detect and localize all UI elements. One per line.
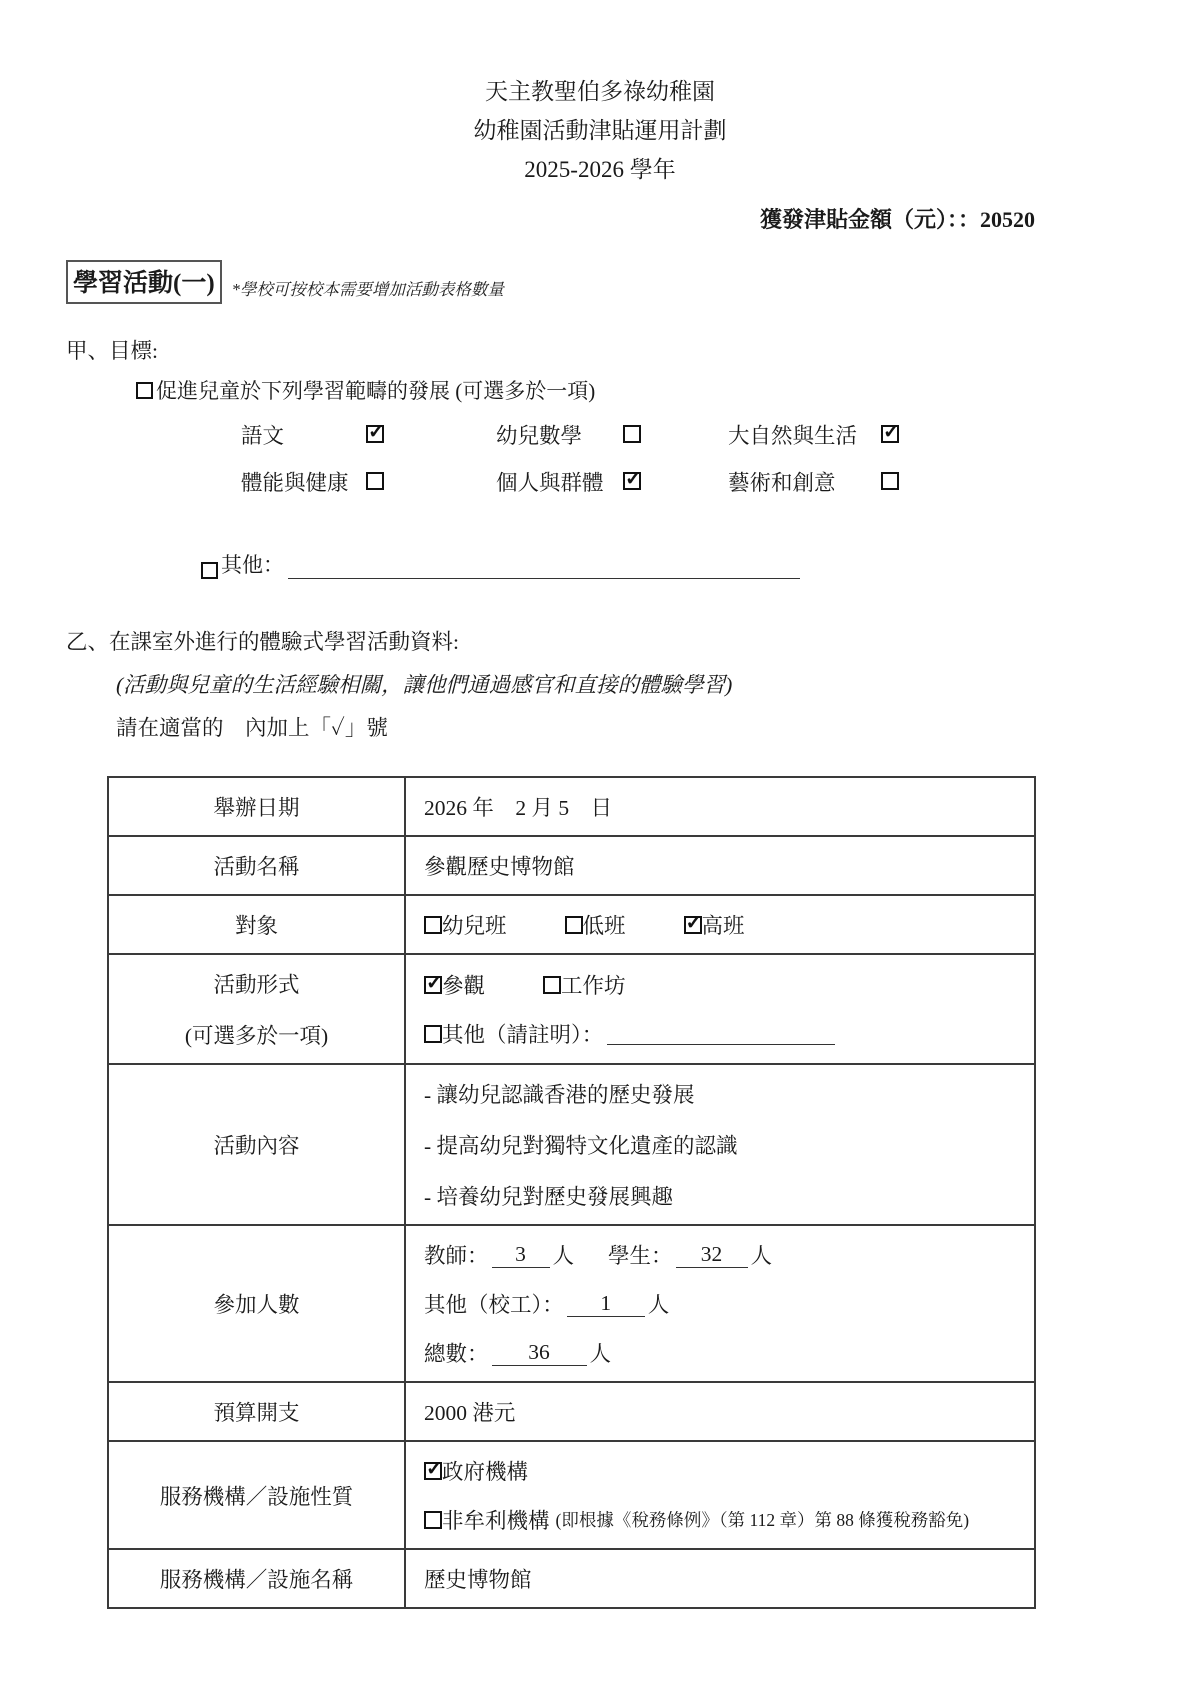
subsidy-line: 獲發津貼金額（元）：：20520 xyxy=(0,203,1035,234)
other-objective-label: 其他： xyxy=(221,549,284,579)
target-checkbox-nursery[interactable] xyxy=(424,916,442,934)
other-objective-option: 其他： xyxy=(201,549,1200,579)
main-objective-label: 促進兒童於下列學習範疇的發展 (可選多於一項) xyxy=(156,375,595,405)
org-nature-label: 服務機構／設施性質 xyxy=(108,1441,405,1549)
target-label: 對象 xyxy=(108,895,405,954)
form-page: 天主教聖伯多祿幼稚園 幼稚園活動津貼運用計劃 2025-2026 學年 獲發津貼… xyxy=(0,0,1200,1697)
table-row-content: 活動內容 - 讓幼兒認識香港的歷史發展 - 提高幼兒對獨特文化遺產的認識 - 培… xyxy=(108,1064,1035,1225)
activity-note: *學校可按校本需要增加活動表格數量 xyxy=(232,276,504,304)
section-a: 甲、目標: 促進兒童於下列學習範疇的發展 (可選多於一項) 語文 幼兒數學 大自… xyxy=(66,334,1200,579)
domain-checkbox-language[interactable] xyxy=(366,425,384,443)
content-label: 活動內容 xyxy=(108,1064,405,1225)
table-row-date: 舉辦日期 2026 年 2 月 5 日 xyxy=(108,777,1035,836)
org-nature-option-nonprofit: 非牟利機構 xyxy=(424,1504,550,1535)
other-staff-count-input[interactable]: 1 xyxy=(567,1291,645,1317)
table-row-target: 對象 幼兒班 低班 高班 xyxy=(108,895,1035,954)
activity-heading: 學習活動(一) *學校可按校本需要增加活動表格數量 xyxy=(66,260,1200,304)
table-row-name: 活動名稱 參觀歷史博物館 xyxy=(108,836,1035,895)
org-nature-checkbox-nonprofit[interactable] xyxy=(424,1511,442,1529)
domain-label-art: 藝術和創意 xyxy=(728,466,881,497)
format-label: 活動形式 xyxy=(213,973,299,997)
learning-domain-grid: 語文 幼兒數學 大自然與生活 體能與健康 個人與群體 藝術和創意 xyxy=(241,419,1200,497)
budget-value[interactable]: 2000 港元 xyxy=(405,1382,1035,1441)
table-row-org-name: 服務機構／設施名稱 歷史博物館 xyxy=(108,1549,1035,1608)
org-name-value[interactable]: 歷史博物館 xyxy=(405,1549,1035,1608)
table-row-participants: 參加人數 教師： 3 人 學生： 32 人 其他（校工）： 1 人 總數： xyxy=(108,1225,1035,1382)
format-checkbox-workshop[interactable] xyxy=(543,976,561,994)
section-b-note: (活動與兒童的生活經驗相關，讓他們通過感官和直接的體驗學習) xyxy=(116,668,1200,699)
activity-table: 舉辦日期 2026 年 2 月 5 日 活動名稱 參觀歷史博物館 對象 幼兒班 … xyxy=(107,776,1036,1609)
content-item: - 提高幼兒對獨特文化遺產的認識 xyxy=(424,1129,1020,1160)
section-b: 乙、在課室外進行的體驗式學習活動資料: (活動與兒童的生活經驗相關，讓他們通過感… xyxy=(66,625,1200,742)
target-checkbox-upper[interactable] xyxy=(684,916,702,934)
domain-checkbox-math[interactable] xyxy=(623,425,641,443)
total-count-input[interactable]: 36 xyxy=(492,1340,587,1366)
activity-name-label: 活動名稱 xyxy=(108,836,405,895)
org-nature-nonprofit-note: (即根據《稅務條例》（第 112 章）第 88 條獲稅務豁免) xyxy=(556,1507,970,1532)
student-label: 學生： xyxy=(608,1239,673,1270)
subsidy-amount: ：20520 xyxy=(958,207,1035,232)
section-b-heading: 乙、在課室外進行的體驗式學習活動資料: xyxy=(66,625,1200,656)
teacher-count-input[interactable]: 3 xyxy=(492,1242,550,1268)
teacher-label: 教師： xyxy=(424,1239,489,1270)
domain-label-personal: 個人與群體 xyxy=(496,466,623,497)
section-b-instruction: 請在適當的 內加上「✓」號 xyxy=(116,711,1200,742)
domain-checkbox-art[interactable] xyxy=(881,472,899,490)
student-count-input[interactable]: 32 xyxy=(676,1242,748,1268)
school-year: 2025-2026 學年 xyxy=(0,150,1200,189)
domain-label-nature: 大自然與生活 xyxy=(728,419,881,450)
target-option-nursery: 幼兒班 xyxy=(424,909,507,940)
title-block: 天主教聖伯多祿幼稚園 幼稚園活動津貼運用計劃 2025-2026 學年 xyxy=(0,72,1200,189)
table-row-org-nature: 服務機構／設施性質 政府機構 非牟利機構 (即根據《稅務條例》（第 112 章）… xyxy=(108,1441,1035,1549)
domain-checkbox-nature[interactable] xyxy=(881,425,899,443)
target-option-lower: 低班 xyxy=(565,909,626,940)
main-objective-option: 促進兒童於下列學習範疇的發展 (可選多於一項) xyxy=(136,375,1200,405)
org-name-label: 服務機構／設施名稱 xyxy=(108,1549,405,1608)
table-row-budget: 預算開支 2000 港元 xyxy=(108,1382,1035,1441)
activity-title-box: 學習活動(一) xyxy=(66,260,222,304)
other-staff-label: 其他（校工）： xyxy=(424,1288,564,1319)
domain-checkbox-physical[interactable] xyxy=(366,472,384,490)
domain-label-physical: 體能與健康 xyxy=(241,466,366,497)
activity-name-value[interactable]: 參觀歷史博物館 xyxy=(405,836,1035,895)
format-option-workshop: 工作坊 xyxy=(543,969,626,1000)
domain-label-math: 幼兒數學 xyxy=(496,419,623,450)
format-checkbox-visit[interactable] xyxy=(424,976,442,994)
section-a-heading: 甲、目標: xyxy=(66,334,1200,365)
other-objective-checkbox[interactable] xyxy=(201,562,218,579)
domain-label-language: 語文 xyxy=(241,419,366,450)
target-option-upper: 高班 xyxy=(684,909,745,940)
content-item: - 培養幼兒對歷史發展興趣 xyxy=(424,1180,1020,1211)
org-nature-checkbox-gov[interactable] xyxy=(424,1462,442,1480)
content-item: - 讓幼兒認識香港的歷史發展 xyxy=(424,1078,1020,1109)
total-label: 總數： xyxy=(424,1337,489,1368)
date-label: 舉辦日期 xyxy=(108,777,405,836)
format-other-input[interactable] xyxy=(607,1022,835,1045)
format-option-other: 其他（請註明）： xyxy=(424,1018,603,1049)
budget-label: 預算開支 xyxy=(108,1382,405,1441)
participants-label: 參加人數 xyxy=(108,1225,405,1382)
other-objective-input[interactable] xyxy=(288,556,800,579)
plan-title: 幼稚園活動津貼運用計劃 xyxy=(0,111,1200,150)
date-value[interactable]: 2026 年 2 月 5 日 xyxy=(405,777,1035,836)
domain-checkbox-personal[interactable] xyxy=(623,472,641,490)
format-option-visit: 參觀 xyxy=(424,969,485,1000)
school-name: 天主教聖伯多祿幼稚園 xyxy=(0,72,1200,111)
format-sublabel: (可選多於一項) xyxy=(115,1019,398,1050)
org-nature-option-gov: 政府機構 xyxy=(424,1455,528,1486)
target-checkbox-lower[interactable] xyxy=(565,916,583,934)
table-row-format: 活動形式 (可選多於一項) 參觀 工作坊 其他（請註明）： xyxy=(108,954,1035,1064)
format-checkbox-other[interactable] xyxy=(424,1025,442,1043)
main-objective-checkbox[interactable] xyxy=(136,382,153,399)
subsidy-label: 獲發津貼金額（元）： xyxy=(760,207,958,232)
